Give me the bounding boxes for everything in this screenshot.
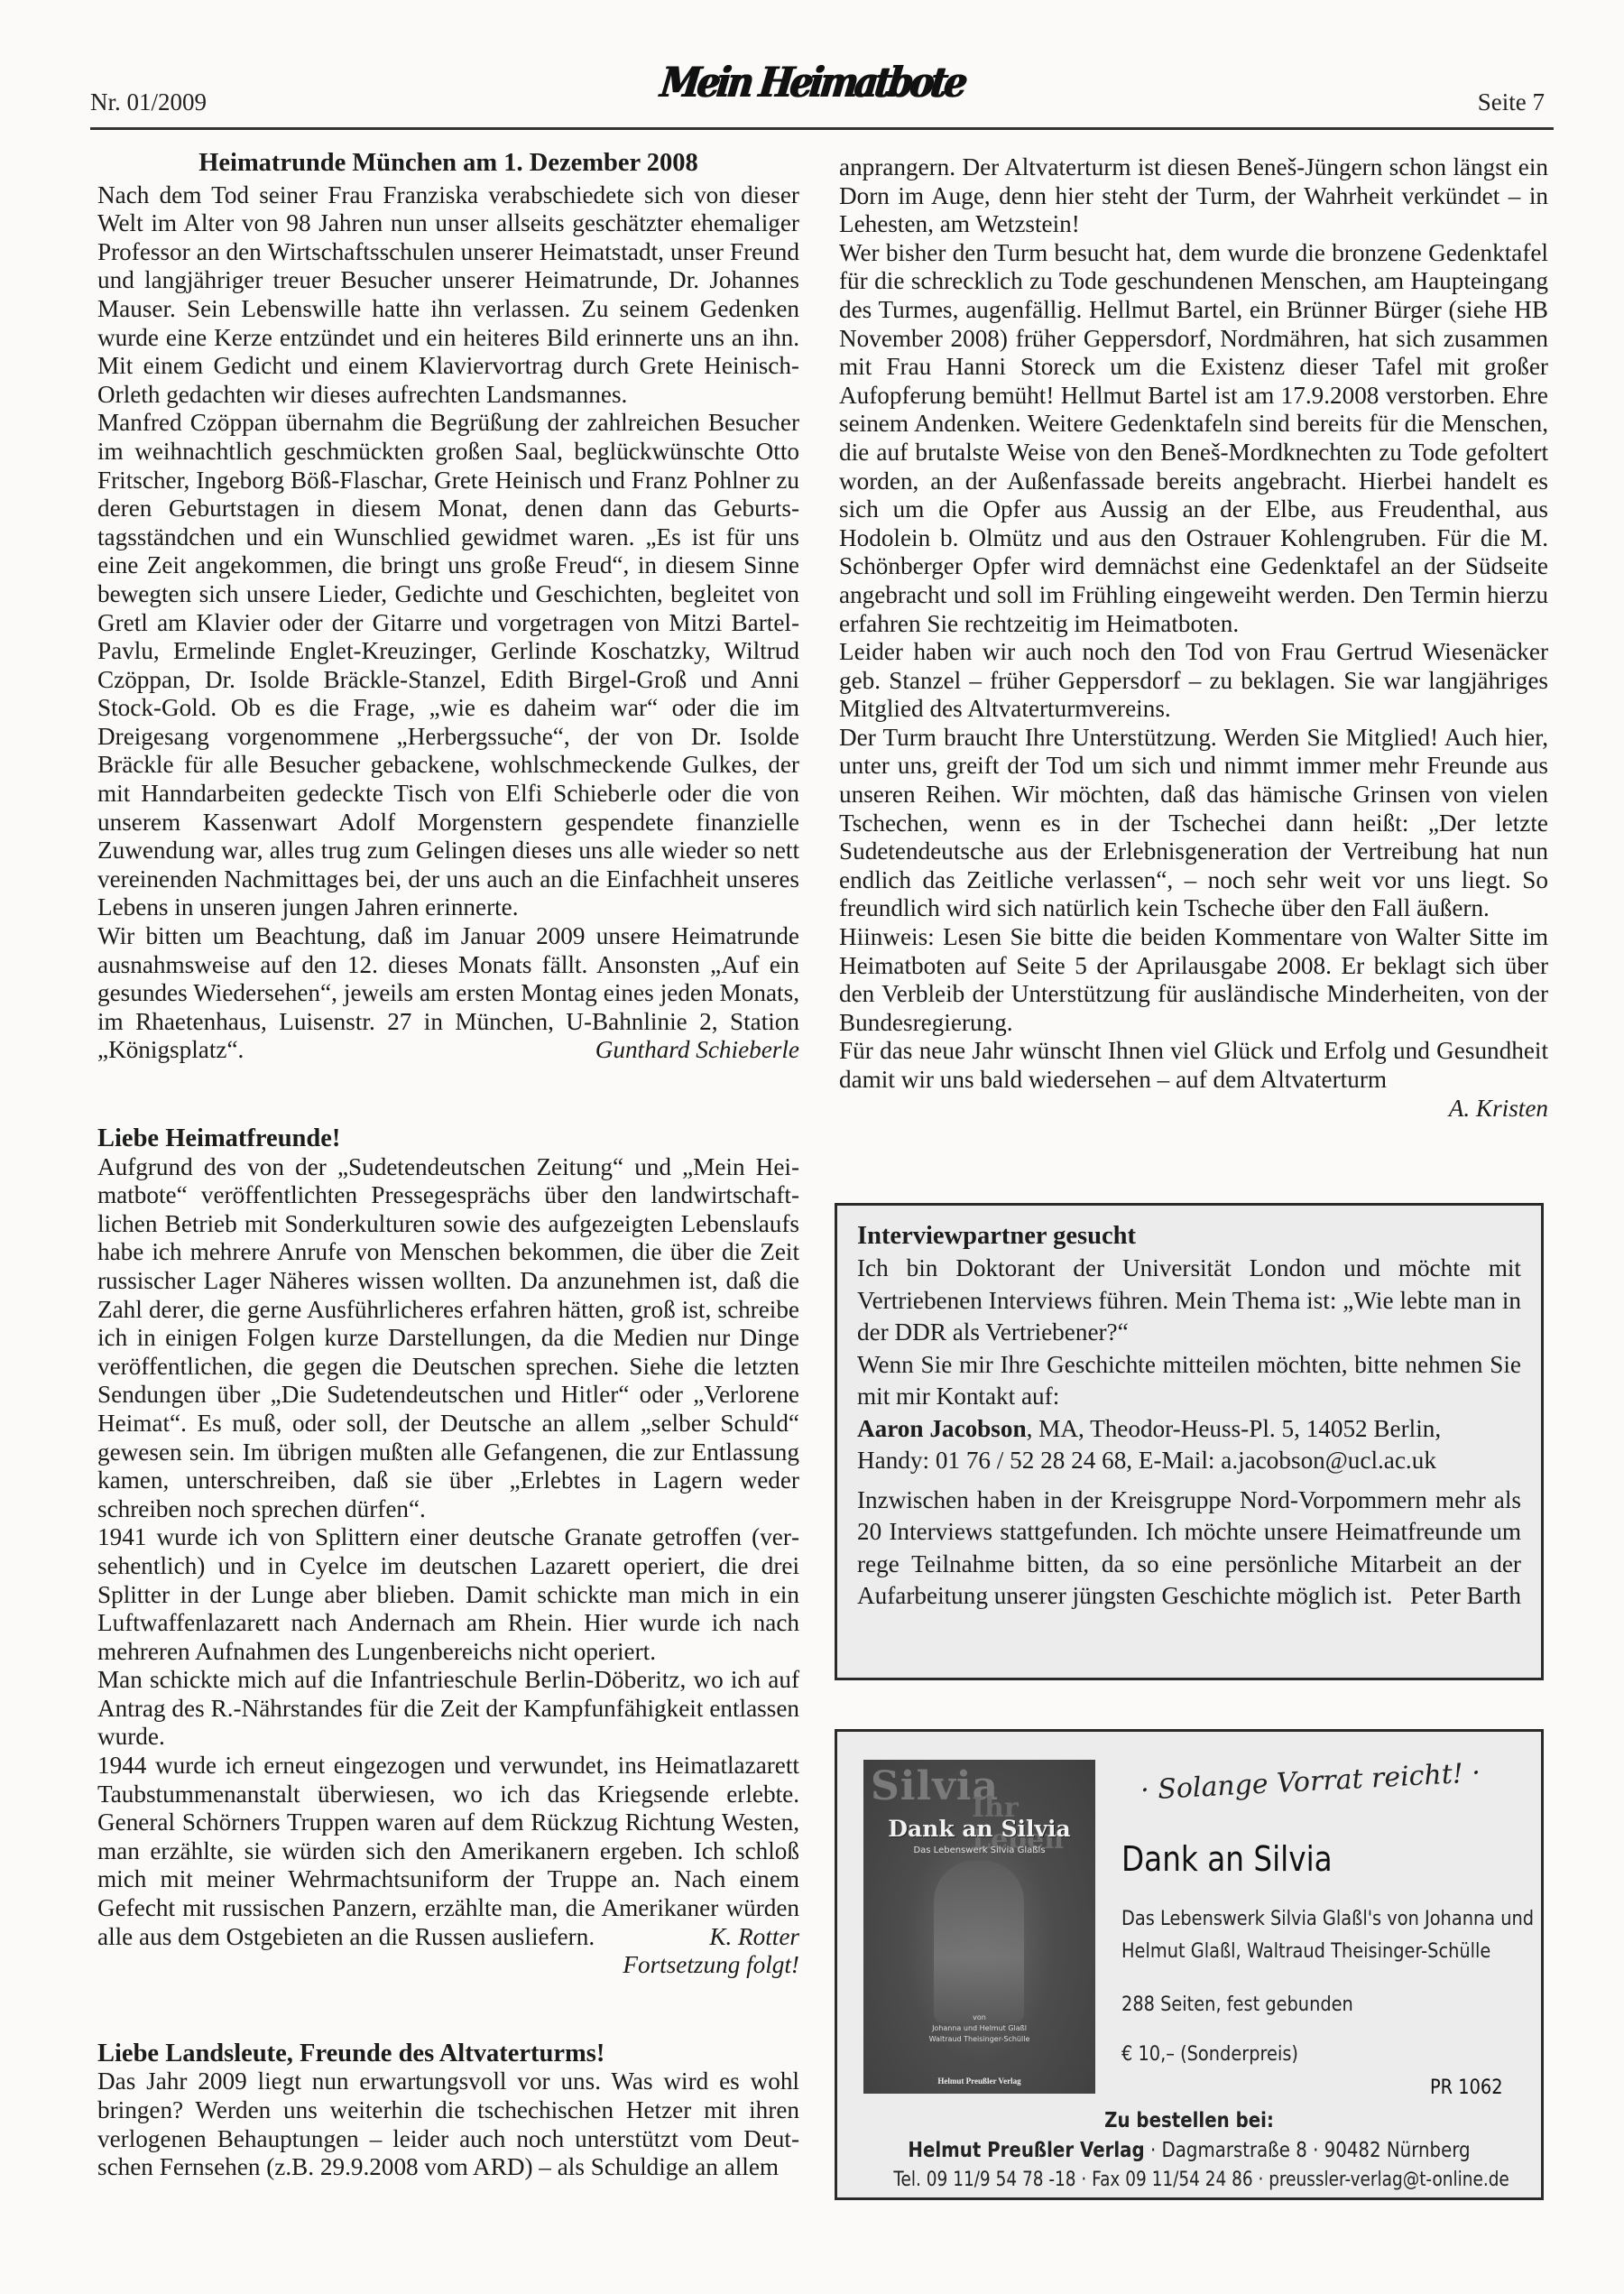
- interview-notice-box: Interviewpartner gesucht Ich bin Doktora…: [835, 1203, 1544, 1680]
- article-paragraph: anprangern. Der Altvaterturm ist diesen …: [839, 153, 1548, 239]
- article-heading: Liebe Heimatfreunde!: [97, 1124, 799, 1153]
- book-pages: 288 Seiten, fest gebunden: [1121, 1993, 1353, 2016]
- publisher-contact[interactable]: Tel. 09 11/9 54 78 -18 · Fax 09 11/54 24…: [893, 2169, 1484, 2191]
- notice-request: Wenn Sie mir Ihre Geschichte mitteilen m…: [857, 1349, 1521, 1413]
- page-header: Nr. 01/2009 Mein Heimatbote Seite 7: [0, 0, 1624, 135]
- article-altvaterturm: Liebe Landsleute, Freunde des Altvatertu…: [97, 2040, 799, 2182]
- right-column: anprangern. Der Altvaterturm ist diesen …: [839, 153, 1548, 1123]
- article-paragraph: Für das neue Jahr wünscht Ihnen viel Glü…: [839, 1037, 1548, 1094]
- cover-publisher: Helmut Preußler Verlag: [863, 2077, 1095, 2086]
- article-paragraph: Leider haben wir auch noch den Tod von F…: [839, 638, 1548, 724]
- left-column: Heimatrunde München am 1. Dezember 2008 …: [97, 149, 799, 2182]
- book-title: Dank an Silvia: [1121, 1839, 1333, 1879]
- article-author: K. Rotter: [709, 1923, 799, 1952]
- cover-authors: von Johanna und Helmut Glaßl Waltraud Th…: [863, 2012, 1095, 2045]
- cover-subtitle: Das Lebenswerk Silvia Glaßls: [863, 1845, 1095, 1855]
- spacer: [97, 1980, 799, 2040]
- book-cover-image: Silvia Ihr Leben Dank an Silvia Das Lebe…: [863, 1760, 1095, 2094]
- book-description: Das Lebenswerk Silvia Glaßl's von Johann…: [1121, 1903, 1535, 1968]
- book-advertisement: Silvia Ihr Leben Dank an Silvia Das Lebe…: [835, 1729, 1544, 2200]
- article-paragraph: Nach dem Tod seiner Frau Franziska verab…: [97, 181, 799, 410]
- publisher-address: Helmut Preußler Verlag · Dagmarstraße 8 …: [887, 2139, 1492, 2162]
- article-paragraph: Manfred Czöppan übernahm die Begrüßung d…: [97, 409, 799, 922]
- notice-intro: Ich bin Doktorant der Universität London…: [857, 1253, 1521, 1349]
- article-heading: Liebe Landsleute, Freunde des Altvatertu…: [97, 2040, 799, 2068]
- article-paragraph: Man schickte mich auf die Infantrieschul…: [97, 1666, 799, 1752]
- article-paragraph: Aufgrund des von der „Sudetendeutschen Z…: [97, 1153, 799, 1524]
- continued-note: Fortsetzung folgt!: [97, 1951, 799, 1980]
- article-author: Gunthard Schieberle: [595, 1036, 799, 1065]
- article-author: A. Kristen: [839, 1095, 1548, 1124]
- article-paragraph: Das Jahr 2009 liegt nun erwartungsvoll v…: [97, 2067, 799, 2181]
- article-paragraph: 1941 wurde ich von Splittern einer deuts…: [97, 1523, 799, 1666]
- cover-portrait: [934, 1861, 1024, 2023]
- book-code: PR 1062: [1430, 2077, 1503, 2099]
- contact-name: Aaron Jacobson: [857, 1415, 1027, 1442]
- contact-phone-email[interactable]: Handy: 01 76 / 52 28 24 68, E-Mail: a.ja…: [857, 1445, 1521, 1477]
- article-liebe-heimatfreunde: Liebe Heimatfreunde! Aufgrund des von de…: [97, 1124, 799, 1980]
- book-price: € 10,– (Sonderpreis): [1121, 2043, 1298, 2066]
- spacer: [97, 1065, 799, 1124]
- article-paragraph: Hiinweis: Lesen Sie bitte die beiden Kom…: [839, 923, 1548, 1037]
- order-label: Zu bestellen bei:: [887, 2109, 1492, 2132]
- article-heimatrunde: Heimatrunde München am 1. Dezember 2008 …: [97, 149, 799, 1065]
- spacer: [857, 1477, 1521, 1485]
- page-number: Seite 7: [1478, 88, 1545, 116]
- ad-tagline: · Solange Vorrat reicht! ·: [1140, 1757, 1481, 1807]
- notice-author: Peter Barth: [1410, 1580, 1521, 1613]
- notice-heading: Interviewpartner gesucht: [857, 1220, 1521, 1253]
- masthead-logo: Mein Heimatbote: [111, 58, 1514, 106]
- article-heading: Heimatrunde München am 1. Dezember 2008: [97, 149, 799, 178]
- cover-title: Dank an Silvia: [863, 1816, 1095, 1842]
- publisher-name: Helmut Preußler Verlag: [908, 2139, 1144, 2162]
- contact-address: , MA, Theodor-Heuss-Pl. 5, 14052 Berlin,: [1027, 1415, 1442, 1442]
- header-rule: [90, 127, 1554, 130]
- article-paragraph: Der Turm braucht Ihre Unterstützung. Wer…: [839, 724, 1548, 923]
- article-altvaterturm-continued: anprangern. Der Altvaterturm ist diesen …: [839, 153, 1548, 1123]
- article-paragraph: Wer bisher den Turm besucht hat, dem wur…: [839, 239, 1548, 638]
- article-paragraph: Wir bitten um Beachtung, daß im Januar 2…: [97, 922, 799, 1065]
- article-paragraph: 1944 wurde ich erneut eingezogen und ver…: [97, 1752, 799, 1951]
- notice-contact: Aaron Jacobson, MA, Theodor-Heuss-Pl. 5,…: [857, 1413, 1521, 1446]
- notice-update: Inzwischen haben in der Kreisgruppe Nord…: [857, 1485, 1521, 1613]
